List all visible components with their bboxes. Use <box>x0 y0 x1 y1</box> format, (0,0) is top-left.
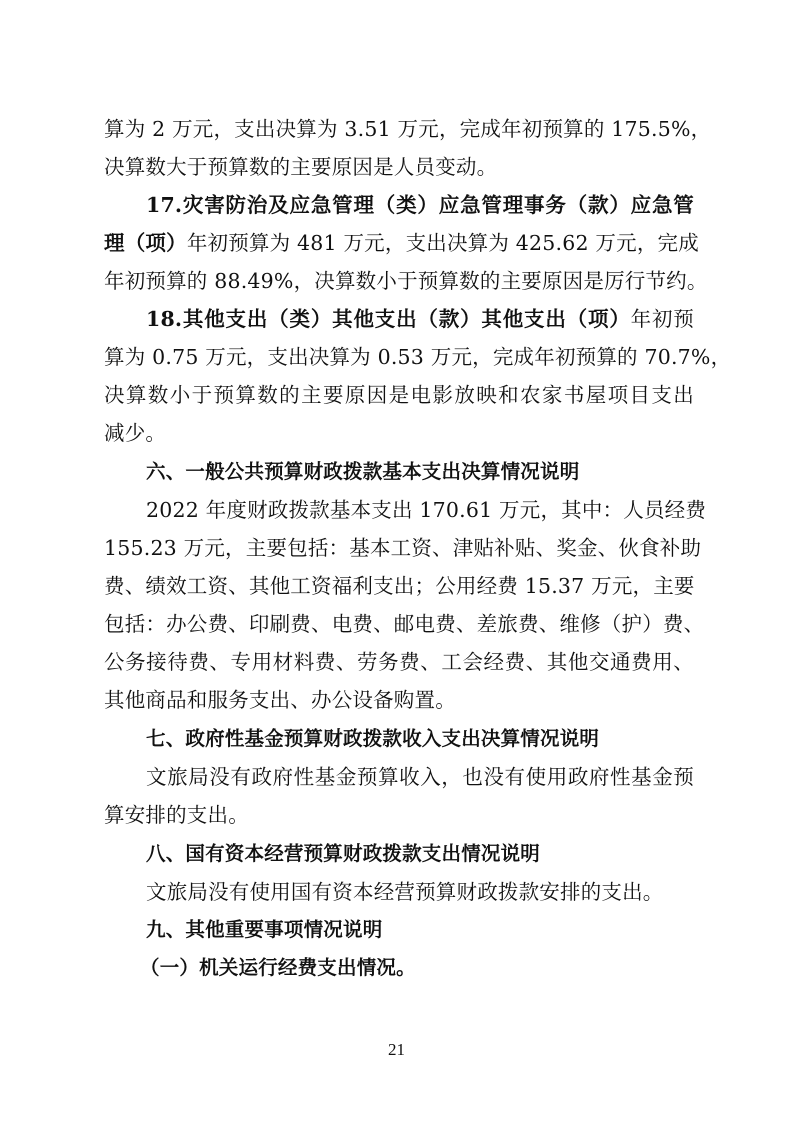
section-heading-7: 七、政府性基金预算财政拨款收入支出决算情况说明 <box>146 727 694 751</box>
body-line: 算安排的支出。 <box>104 803 694 827</box>
section-heading-9: 九、其他重要事项情况说明 <box>146 918 694 942</box>
section-heading-8: 八、国有资本经营预算财政拨款支出情况说明 <box>146 842 694 866</box>
item-17-text: 年初预算为 481 万元，支出决算为 425.62 万元，完成 <box>187 231 699 255</box>
item-18-title: 18.其他支出（类）其他支出（款）其他支出（项） <box>146 307 631 331</box>
body-line: 155.23 万元，主要包括：基本工资、津贴补贴、奖金、伙食补助 <box>104 536 694 560</box>
body-line: 算为 2 万元，支出决算为 3.51 万元，完成年初预算的 175.5%， <box>104 117 694 141</box>
section-heading-6: 六、一般公共预算财政拨款基本支出决算情况说明 <box>146 460 694 484</box>
body-line: 年初预算的 88.49%，决算数小于预算数的主要原因是厉行节约。 <box>104 269 694 293</box>
body-line: 文旅局没有使用国有资本经营预算财政拨款安排的支出。 <box>146 880 694 904</box>
body-line: 文旅局没有政府性基金预算收入，也没有使用政府性基金预 <box>146 765 694 789</box>
subsection-heading: （一）机关运行经费支出情况。 <box>140 956 688 980</box>
item-17-title: 17.灾害防治及应急管理（类）应急管理事务（款）应急管 <box>146 193 694 217</box>
body-line: 算为 0.75 万元，支出决算为 0.53 万元，完成年初预算的 70.7%， <box>104 345 694 369</box>
item-18-text: 年初预 <box>631 307 694 331</box>
body-line: 决算数小于预算数的主要原因是电影放映和农家书屋项目支出 <box>104 383 694 407</box>
body-line: 减少。 <box>104 421 694 445</box>
body-line: 2022 年度财政拨款基本支出 170.61 万元，其中：人员经费 <box>146 498 694 522</box>
body-line: 决算数大于预算数的主要原因是人员变动。 <box>104 155 694 179</box>
document-page: 算为 2 万元，支出决算为 3.51 万元，完成年初预算的 175.5%， 决算… <box>0 0 793 1122</box>
body-line: 公务接待费、专用材料费、劳务费、工会经费、其他交通费用、 <box>104 650 694 674</box>
body-line: 包括：办公费、印刷费、电费、邮电费、差旅费、维修（护）费、 <box>104 612 694 636</box>
body-line: 其他商品和服务支出、办公设备购置。 <box>104 688 694 712</box>
item-17-title-end: 理（项） <box>104 231 187 255</box>
item-18-line: 18.其他支出（类）其他支出（款）其他支出（项）年初预 <box>146 307 694 331</box>
page-number: 21 <box>0 1040 793 1060</box>
body-line: 费、绩效工资、其他工资福利支出；公用经费 15.37 万元，主要 <box>104 574 694 598</box>
item-17-line: 理（项）年初预算为 481 万元，支出决算为 425.62 万元，完成 <box>104 231 694 255</box>
